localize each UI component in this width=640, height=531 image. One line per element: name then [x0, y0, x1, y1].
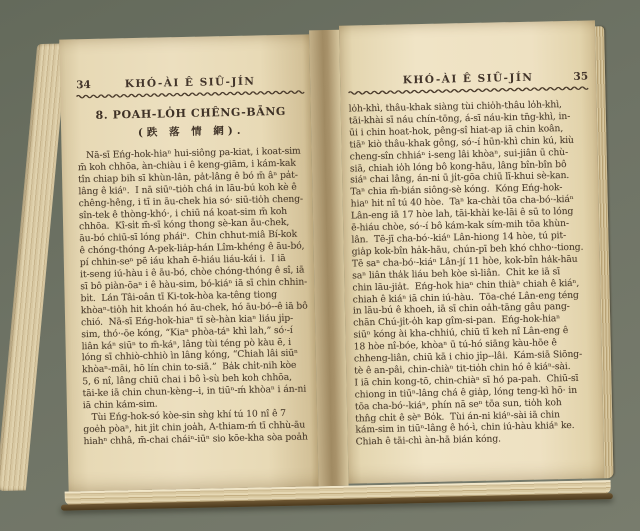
- right-page-header: KHÓ-ÀI Ê SIÛ-JÍN 35: [348, 71, 588, 88]
- section-heading: 8. POAH-LO̍H CHÊNG-BĀNG: [77, 104, 305, 122]
- right-page: KHÓ-ÀI Ê SIÛ-JÍN 35 lo̍h-khì, thâu-khak …: [339, 20, 605, 483]
- left-page-body-text: Nā-sī Eńg-hok-hiaⁿ hui-siông pa-kiat, i …: [78, 145, 312, 447]
- right-running-title: KHÓ-ÀI Ê SIÛ-JÍN: [386, 71, 550, 86]
- right-page-body-text: lo̍h-khì, thâu-khak siàng tùi chio̍h-thâ…: [349, 99, 596, 449]
- header-spacer: [266, 83, 304, 84]
- left-page: 34 KHÓ-ÀI Ê SIÛ-JÍN 8. POAH-LO̍H CHÊNG-B…: [59, 34, 318, 491]
- left-page-stack-edge: [0, 43, 67, 491]
- left-running-title: KHÓ-ÀI Ê SIÛ-JÍN: [114, 75, 266, 90]
- photo-background: { "colors":{ "background":"#6e7365", "pa…: [0, 0, 640, 531]
- left-page-header: 34 KHÓ-ÀI Ê SIÛ-JÍN: [76, 74, 304, 91]
- right-page-number: 35: [550, 71, 588, 84]
- wavy-rule: [76, 89, 304, 99]
- open-book: 34 KHÓ-ÀI Ê SIÛ-JÍN 8. POAH-LO̍H CHÊNG-B…: [35, 16, 623, 516]
- wavy-rule: [348, 86, 588, 96]
- left-page-number: 34: [76, 78, 114, 91]
- header-spacer: [348, 84, 386, 85]
- section-heading-chinese: (跌 落 情 網).: [77, 121, 305, 141]
